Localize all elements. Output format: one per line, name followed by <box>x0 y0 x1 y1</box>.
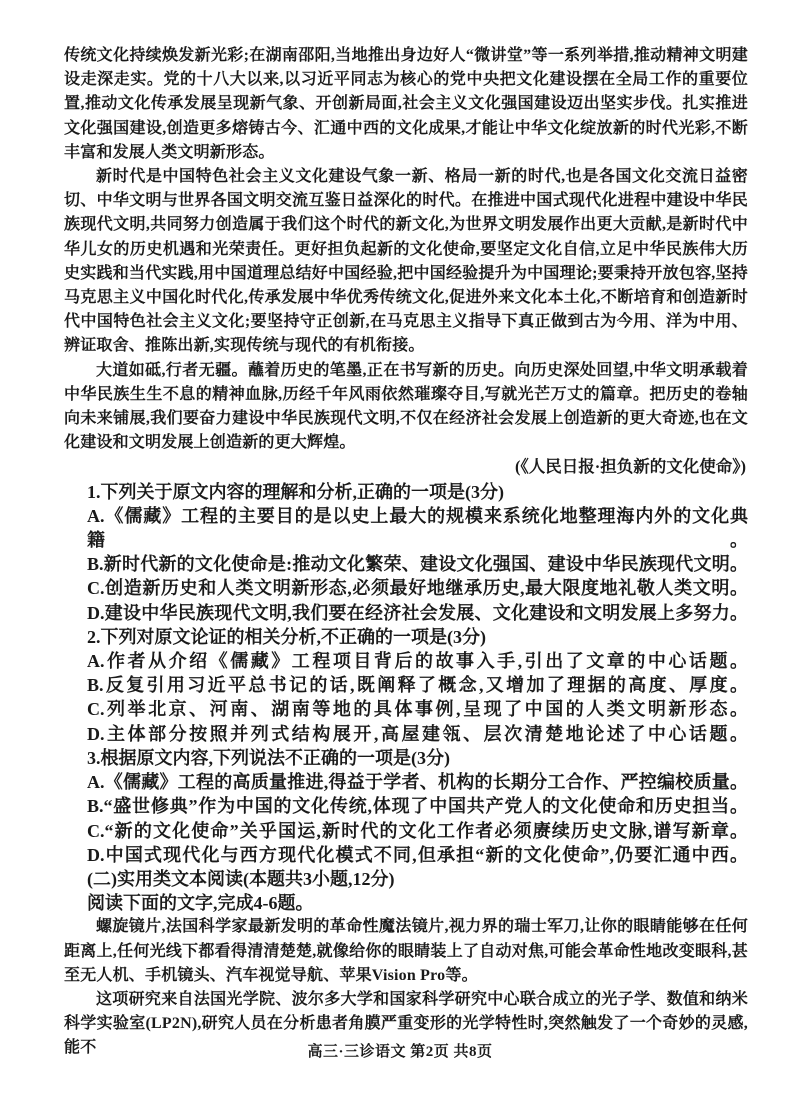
question-block: 1.下列关于原文内容的理解和分析,正确的一项是(3分) A.《儒藏》工程的主要目… <box>87 480 748 867</box>
passage-paragraph: 螺旋镜片,法国科学家最新发明的革命性魔法镜片,视力界的瑞士军刀,让你的眼睛能够在… <box>64 915 748 988</box>
question-2-option-c: C.列举北京、河南、湖南等地的具体事例,呈现了中国的人类文明新形态。 <box>87 697 748 721</box>
question-3-option-a: A.《儒藏》工程的高质量推进,得益于学者、机构的长期分工合作、严控编校质量。 <box>87 770 748 794</box>
question-2-stem: 2.下列对原文论证的相关分析,不正确的一项是(3分) <box>87 625 748 649</box>
question-1-option-c: C.创造新历史和人类文明新形态,必须最好地继承历史,最大限度地礼敬人类文明。 <box>87 576 748 600</box>
passage-source: (《人民日报·担负新的文化使命》) <box>64 455 748 479</box>
passage-paragraph: 新时代是中国特色社会主义文化建设气象一新、格局一新的时代,也是各国文化交流日益密… <box>64 165 748 359</box>
exam-page: 传统文化持续焕发新光彩;在湖南邵阳,当地推出身边好人“微讲堂”等一系列举措,推动… <box>0 0 800 1120</box>
question-3-option-c: C.“新的文化使命”关乎国运,新时代的文化工作者必须赓续历史文脉,谱写新章。 <box>87 819 748 843</box>
passage-paragraph: 传统文化持续焕发新光彩;在湖南邵阳,当地推出身边好人“微讲堂”等一系列举措,推动… <box>64 44 748 165</box>
question-1-option-d: D.建设中华民族现代文明,我们要在经济社会发展、文化建设和文明发展上多努力。 <box>87 601 748 625</box>
question-2-option-d: D.主体部分按照并列式结构展开,高屋建瓴、层次清楚地论述了中心话题。 <box>87 722 748 746</box>
question-1-stem: 1.下列关于原文内容的理解和分析,正确的一项是(3分) <box>87 480 748 504</box>
question-3-option-d: D.中国式现代化与西方现代化模式不同,但承担“新的文化使命”,仍要汇通中西。 <box>87 843 748 867</box>
reading-passage-2: 螺旋镜片,法国科学家最新发明的革命性魔法镜片,视力界的瑞士军刀,让你的眼睛能够在… <box>64 915 748 1060</box>
section-2-header: (二)实用类文本阅读(本题共3小题,12分) 阅读下面的文字,完成4-6题。 <box>87 867 748 915</box>
question-2-option-a: A.作者从介绍《儒藏》工程项目背后的故事入手,引出了文章的中心话题。 <box>87 649 748 673</box>
page-footer: 高三·三诊语文 第2页 共8页 <box>0 1040 800 1061</box>
question-2-option-b: B.反复引用习近平总书记的话,既阐释了概念,又增加了理据的高度、厚度。 <box>87 673 748 697</box>
passage-paragraph: 大道如砥,行者无疆。蘸着历史的笔墨,正在书写新的历史。向历史深处回望,中华文明承… <box>64 359 748 456</box>
question-3-stem: 3.根据原文内容,下列说法不正确的一项是(3分) <box>87 746 748 770</box>
section-2-instruction: 阅读下面的文字,完成4-6题。 <box>87 891 748 915</box>
question-1-option-a: A.《儒藏》工程的主要目的是以史上最大的规模来系统化地整理海内外的文化典籍。 <box>87 504 748 552</box>
reading-passage-1: 传统文化持续焕发新光彩;在湖南邵阳,当地推出身边好人“微讲堂”等一系列举措,推动… <box>64 44 748 480</box>
question-1-option-b: B.新时代新的文化使命是:推动文化繁荣、建设文化强国、建设中华民族现代文明。 <box>87 552 748 576</box>
question-3-option-b: B.“盛世修典”作为中国的文化传统,体现了中国共产党人的文化使命和历史担当。 <box>87 794 748 818</box>
section-2-heading: (二)实用类文本阅读(本题共3小题,12分) <box>87 867 748 891</box>
